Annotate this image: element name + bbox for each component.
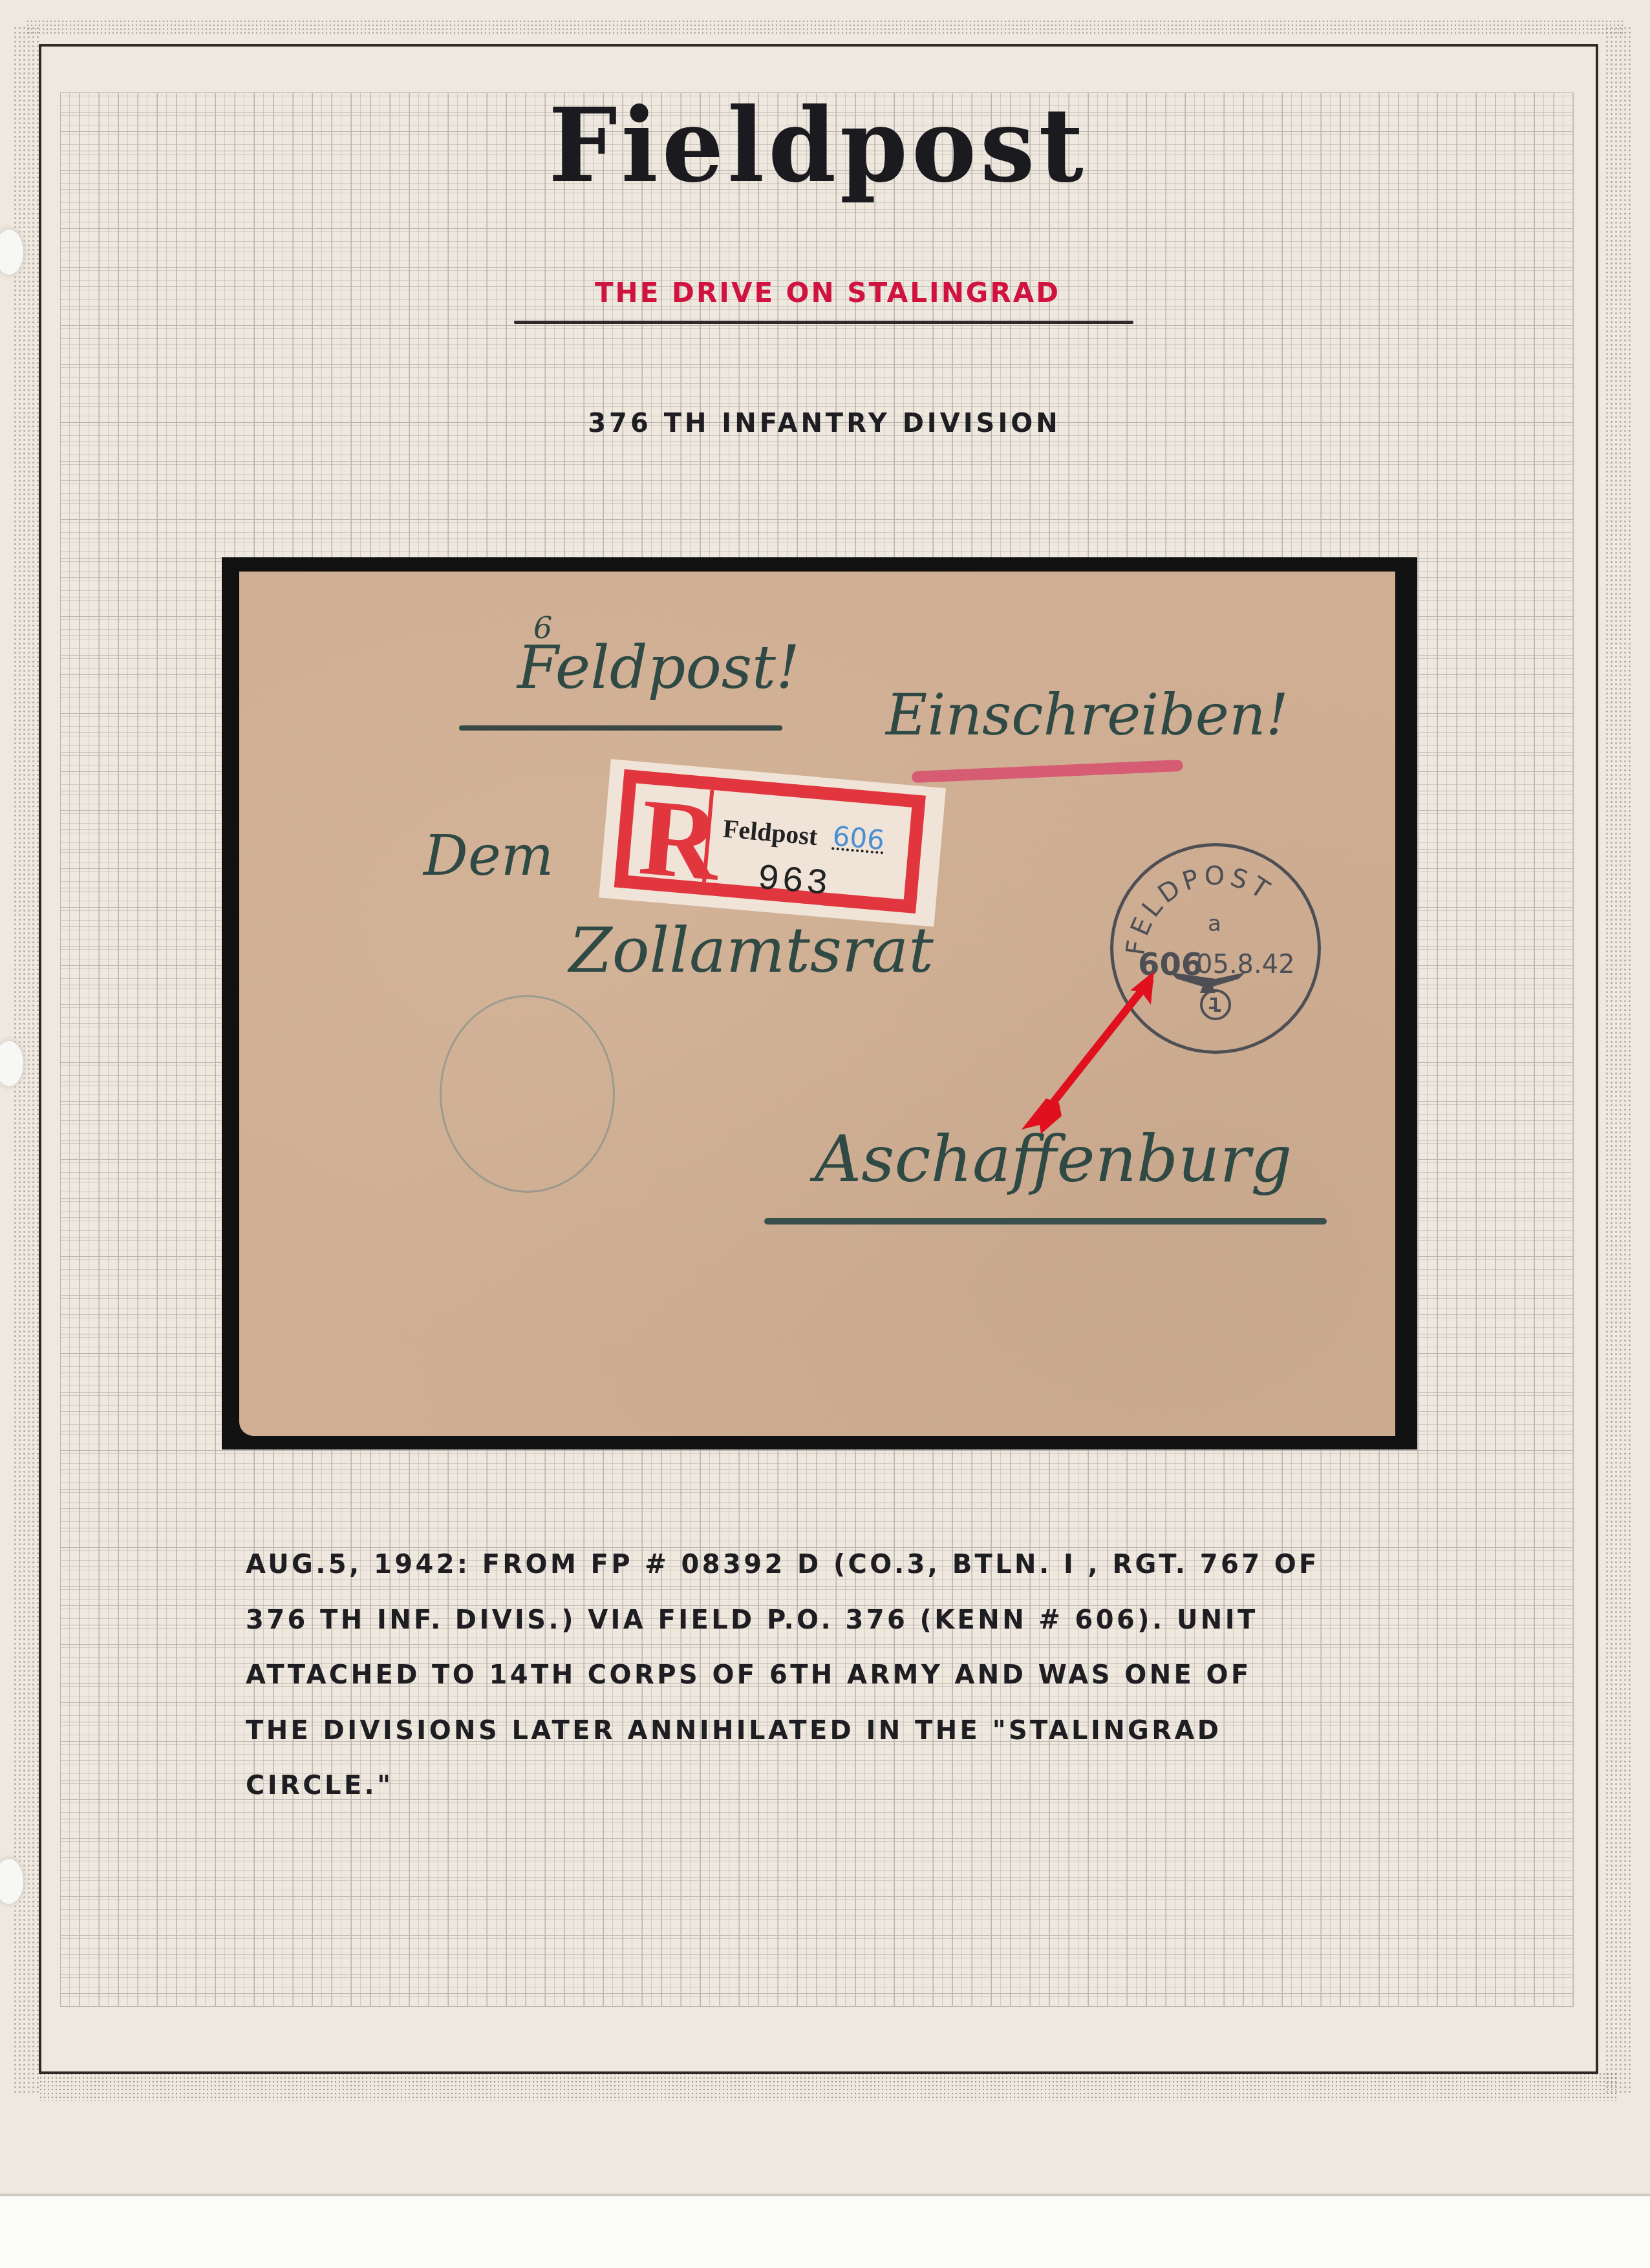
page-title: Fieldpost bbox=[491, 94, 1144, 197]
service-note-underline bbox=[459, 725, 782, 731]
service-note: Feldpost! bbox=[517, 633, 800, 702]
caption-line: 376 TH INF. DIVIS.) VIA FIELD P.O. 376 (… bbox=[246, 1593, 1422, 1649]
caption-line: THE DIVISIONS LATER ANNIHILATED IN THE "… bbox=[246, 1704, 1422, 1759]
city-underline bbox=[764, 1218, 1327, 1225]
registration-label: R Feldpost 606 963 bbox=[599, 759, 946, 927]
registration-number: 963 bbox=[756, 858, 832, 906]
red-arrow-icon bbox=[1022, 966, 1164, 1134]
registered-note: Einschreiben! bbox=[886, 681, 1289, 748]
postmark-sub: a bbox=[1208, 911, 1221, 937]
postmark-date: 05.8.42 bbox=[1196, 950, 1295, 979]
border-ornament-right bbox=[1605, 26, 1631, 2095]
registration-kenn-number: 606 bbox=[831, 820, 886, 856]
subtitle-rule bbox=[514, 321, 1133, 324]
unit-stamp-faint bbox=[440, 995, 615, 1193]
salutation: Dem bbox=[423, 824, 553, 888]
svg-text:FELDPOST: FELDPOST bbox=[1120, 861, 1278, 957]
page-bottom-edge bbox=[0, 2194, 1650, 2196]
envelope-cover: 6 Feldpost! Einschreiben! R Feldpost 606… bbox=[239, 572, 1395, 1436]
red-pencil-underline bbox=[912, 760, 1183, 783]
caption-line: AUG.5, 1942: FROM FP # 08392 D (CO.3, BT… bbox=[246, 1537, 1422, 1593]
registration-r-letter: R bbox=[636, 782, 724, 898]
r-box: R bbox=[628, 784, 714, 883]
caption-line: CIRCLE." bbox=[246, 1759, 1422, 1814]
border-ornament-bottom bbox=[39, 2072, 1616, 2101]
registration-label-text: Feldpost bbox=[722, 813, 819, 852]
registration-label-border: R Feldpost 606 963 bbox=[614, 769, 926, 914]
caption-text: AUG.5, 1942: FROM FP # 08392 D (CO.3, BT… bbox=[246, 1537, 1422, 1814]
album-page: Fieldpost THE DRIVE ON STALINGRAD 376 TH… bbox=[0, 0, 1650, 2195]
page-subtitle: THE DRIVE ON STALINGRAD bbox=[504, 277, 1151, 308]
postmark-arc-text: FELDPOST bbox=[1120, 861, 1278, 957]
division-heading: 376 TH INFANTRY DIVISION bbox=[556, 409, 1093, 438]
addressee: Zollamtsrat bbox=[569, 914, 934, 987]
caption-line: ATTACHED TO 14TH CORPS OF 6TH ARMY AND W… bbox=[246, 1648, 1422, 1704]
